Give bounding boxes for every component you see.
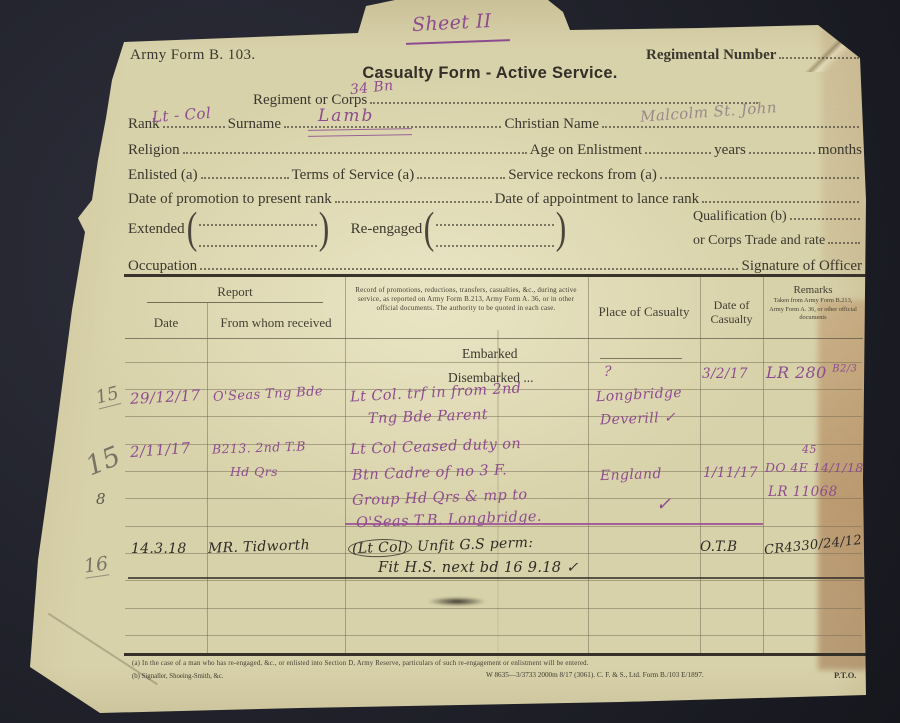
extended-label: Extended — [128, 221, 185, 238]
entry-record-line: Btn Cadre of no 3 F. — [352, 462, 508, 483]
sheet-label: Sheet II — [411, 10, 492, 36]
entry-from: O'Seas Tng Bde — [213, 384, 324, 405]
years-label: years — [714, 142, 746, 159]
age-label: Age on Enlistment — [530, 142, 643, 159]
entry-date: 2/11/17 — [129, 439, 191, 461]
margin-note: 16 — [83, 552, 110, 578]
extended-open-brace: ( — [186, 206, 197, 252]
column-divider-place-date — [700, 277, 701, 654]
lance-blank — [702, 189, 859, 203]
margin-note: 15 — [94, 383, 122, 410]
reengaged-blank-lines — [436, 209, 554, 249]
qualification-label: Qualification (b) — [693, 209, 787, 225]
surname-blank — [284, 114, 501, 128]
promotion-blank — [335, 189, 492, 203]
table-header-bottom-rule — [125, 338, 863, 339]
reengaged-blank-top — [436, 211, 554, 226]
christian-name-label: Christian Name — [504, 116, 599, 133]
form-title: Casualty Form - Active Service. — [240, 64, 740, 83]
row-line — [125, 635, 862, 636]
entry-remarks-sup: B2/3 — [832, 364, 857, 375]
embarked-blank-line — [600, 358, 682, 359]
months-label: months — [818, 142, 862, 159]
ink-smudge — [428, 597, 486, 606]
casualty-form-scan: Sheet II Army Form B. 103. Regimental Nu… — [0, 0, 900, 723]
occupation-label: Occupation — [128, 258, 197, 275]
service-reckons-blank — [660, 165, 859, 179]
entry-remarks: DO 4E 14/1/18 — [765, 460, 864, 475]
entry-record-line: O'Seas T.B. Longbridge. — [356, 509, 542, 531]
qualification-blank — [790, 206, 860, 220]
row-line — [125, 608, 862, 609]
black-entry-rule — [128, 577, 864, 579]
terms-blank — [417, 165, 505, 179]
surname-label: Surname — [228, 116, 281, 133]
footer-rule — [124, 653, 866, 656]
regimental-number-label: Regimental Number — [646, 47, 776, 64]
entry-remarks: LR 280 B2/3 — [766, 363, 857, 382]
row-line — [125, 580, 862, 581]
column-divider-record-place — [588, 277, 589, 654]
surname-underline — [308, 128, 412, 137]
entry-from: B213. 2nd T.B — [212, 438, 306, 456]
regiment-blank — [370, 90, 758, 104]
surname-value: Lamb — [318, 106, 374, 126]
extended-blank-top — [199, 211, 317, 226]
promotion-label: Date of promotion to present rank — [128, 191, 332, 208]
print-info: W 8635—3/3733 2000m 8/17 (3061). C. F. &… — [486, 671, 816, 679]
footnote-b: (b) Signaller, Shoeing-Smith, &c. — [132, 673, 352, 680]
folded-corner — [804, 16, 876, 72]
entry-place-query: ? — [604, 364, 612, 380]
remarks-column-subheader: Taken from Army Form B.213, Army Form A.… — [768, 297, 858, 323]
remarks-column-header: Remarks — [763, 284, 863, 296]
entry-casualty-date: 1/11/17 — [703, 465, 758, 481]
row-line — [125, 416, 862, 417]
religion-blank — [183, 140, 527, 154]
form-id: Army Form B. 103. — [130, 47, 256, 64]
date-column-header: Date — [125, 315, 207, 331]
reengaged-open-brace: ( — [424, 206, 435, 252]
terms-label: Terms of Service (a) — [292, 167, 415, 184]
entry-record-text: Unfit G.S perm: — [417, 535, 534, 555]
record-column-header: Record of promotions, reductions, transf… — [352, 286, 580, 313]
age-blank — [645, 140, 711, 154]
date-of-casualty-header-line1: Date of — [714, 298, 750, 312]
embarked-label: Embarked — [462, 346, 517, 362]
entry-record-line: Fit H.S. next bd 16 9.18 ✓ — [378, 560, 579, 576]
pto-label: P.T.O. — [834, 670, 856, 680]
report-header: Report — [125, 284, 345, 300]
lance-label: Date of appointment to lance rank — [495, 191, 700, 208]
column-divider-date-from — [207, 303, 208, 654]
sheet-label-underline — [406, 39, 510, 45]
from-whom-column-header: From whom received — [207, 315, 345, 331]
entry-date: 29/12/17 — [130, 386, 201, 408]
extended-close-brace: ) — [318, 206, 329, 252]
margin-note: 8 — [96, 490, 106, 508]
table-top-rule — [124, 274, 866, 277]
regimental-number-blank — [779, 45, 859, 59]
entry-record-line: Tng Bde Parent — [368, 407, 489, 427]
place-column-header: Place of Casualty — [588, 304, 700, 320]
entry-remarks-sup: 45 — [802, 443, 817, 456]
service-reckons-label: Service reckons from (a) — [508, 167, 657, 184]
report-underline — [147, 302, 323, 303]
extended-blank-lines — [199, 209, 317, 249]
entry-place: Deverill ✓ — [600, 410, 677, 429]
entry-record-line: Lt Col. trf in from 2nd — [350, 381, 522, 406]
reengaged-label: Re-engaged — [351, 221, 423, 238]
entry-record-line: Lt Col Ceased duty on — [350, 436, 522, 458]
entry-record-circled: (Lt Col) — [348, 538, 413, 558]
entry-place: England — [600, 466, 662, 484]
years-blank — [749, 140, 815, 154]
entry-remarks: LR 11068 — [768, 484, 838, 500]
entry-remarks-main: LR 280 — [766, 363, 827, 382]
occupation-blank — [200, 256, 738, 270]
entry-from: Hd Qrs — [230, 464, 278, 479]
reengaged-blank-bottom — [436, 232, 554, 247]
corps-trade-label: or Corps Trade and rate — [693, 233, 825, 249]
entry-record-line: Group Hd Qrs & mp to — [352, 487, 528, 509]
column-divider-date-remarks — [763, 277, 764, 654]
entry-checkmark: ✓ — [656, 494, 671, 515]
enlisted-blank — [201, 165, 289, 179]
reengaged-close-brace: ) — [556, 206, 567, 252]
date-of-casualty-header-line2: Casualty — [711, 312, 753, 326]
column-divider-from-record — [345, 277, 346, 654]
entry-place: Longbridge — [596, 385, 683, 405]
scanned-document-page: Sheet II Army Form B. 103. Regimental Nu… — [0, 0, 900, 723]
footnote-a: (a) In the case of a man who has re-enga… — [132, 660, 762, 667]
row-line — [125, 362, 862, 363]
entry-casualty-date: O.T.B — [700, 539, 737, 555]
margin-note: 15 — [81, 441, 124, 483]
enlisted-label: Enlisted (a) — [128, 167, 198, 184]
signature-label: Signature of Officer — [741, 258, 862, 275]
entry-casualty-date: 3/2/17 — [702, 366, 748, 382]
corps-trade-blank — [828, 230, 860, 244]
religion-label: Religion — [128, 142, 180, 159]
extended-blank-bottom — [199, 232, 317, 247]
entry-date: 14.3.18 — [131, 541, 187, 557]
